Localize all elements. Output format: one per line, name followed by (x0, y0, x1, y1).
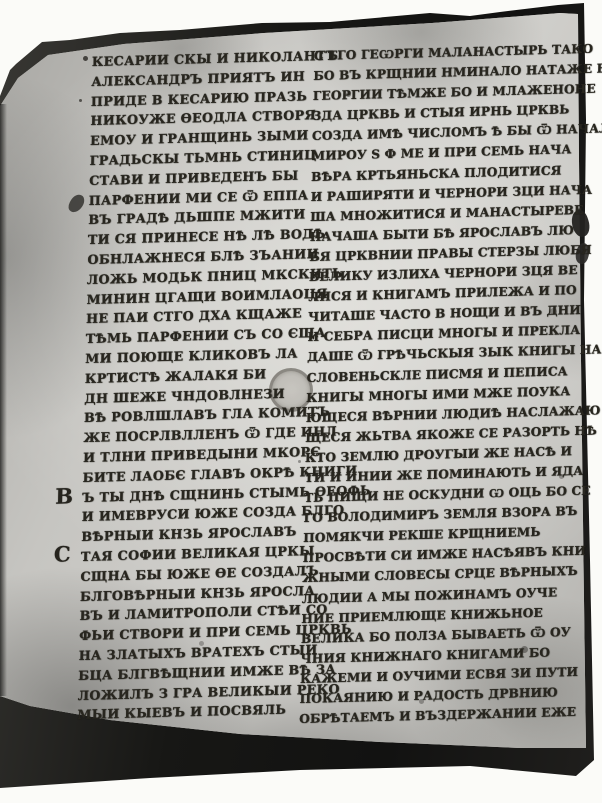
initial-letter-v: В (55, 485, 74, 506)
initial-letter-s: С (54, 543, 72, 564)
left-text-column: В С кесарии скы и николантъалександръ пр… (77, 46, 328, 725)
page-left-edge-shade (0, 104, 7, 696)
manuscript-photo: В С кесарии скы и николантъалександръ пр… (0, 0, 602, 803)
right-text-column: с тго геѡрги маланастырь такобо въ крщни… (299, 39, 590, 729)
ink-specks (0, 0, 3, 3)
